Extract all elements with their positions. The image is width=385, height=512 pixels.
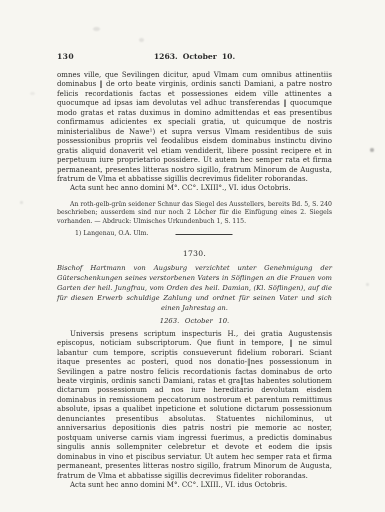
scanned-book-page: 130 1263. October 10. omnes ville, que S… [0,0,385,512]
seal-provenance-note: An roth-gelb-grün seidener Schnur das Si… [57,201,332,227]
charter-text: Universis presens scriptum inspecturis H… [57,330,332,481]
entry-divider-rule [175,234,232,235]
entry-continuation-1729: omnes ville, que Sevilingen dicitur, apu… [57,71,332,240]
scan-speck [370,148,374,152]
acta-dating-line: Acta sunt hec anno domini M°. CC°. LXIII… [57,481,332,490]
page-header: 130 1263. October 10. [57,52,332,63]
scan-speck [20,201,23,204]
regest-summary: Bischof Hartmann von Augsburg verzichtet… [57,264,332,314]
charter-text-continuation: omnes ville, que Sevilingen dicitur, apu… [57,71,332,184]
page-number: 130 [57,52,74,61]
entry-1730: 1730. Bischof Hartmann von Augsburg verz… [57,249,332,490]
scan-speck [30,92,35,95]
entry-number: 1730. [57,249,332,258]
scan-speck [139,38,144,42]
footnote-row: 1) Langenau, O.A. Ulm. [57,229,332,240]
scan-speck [366,283,369,286]
scan-speck [93,27,100,31]
entry-date-line: 1263. October 10. [57,317,332,325]
running-head-date: 1263. October 10. [57,52,332,61]
acta-dating-line: Acta sunt hec anno domini M°. CC°. LXIII… [57,184,332,193]
